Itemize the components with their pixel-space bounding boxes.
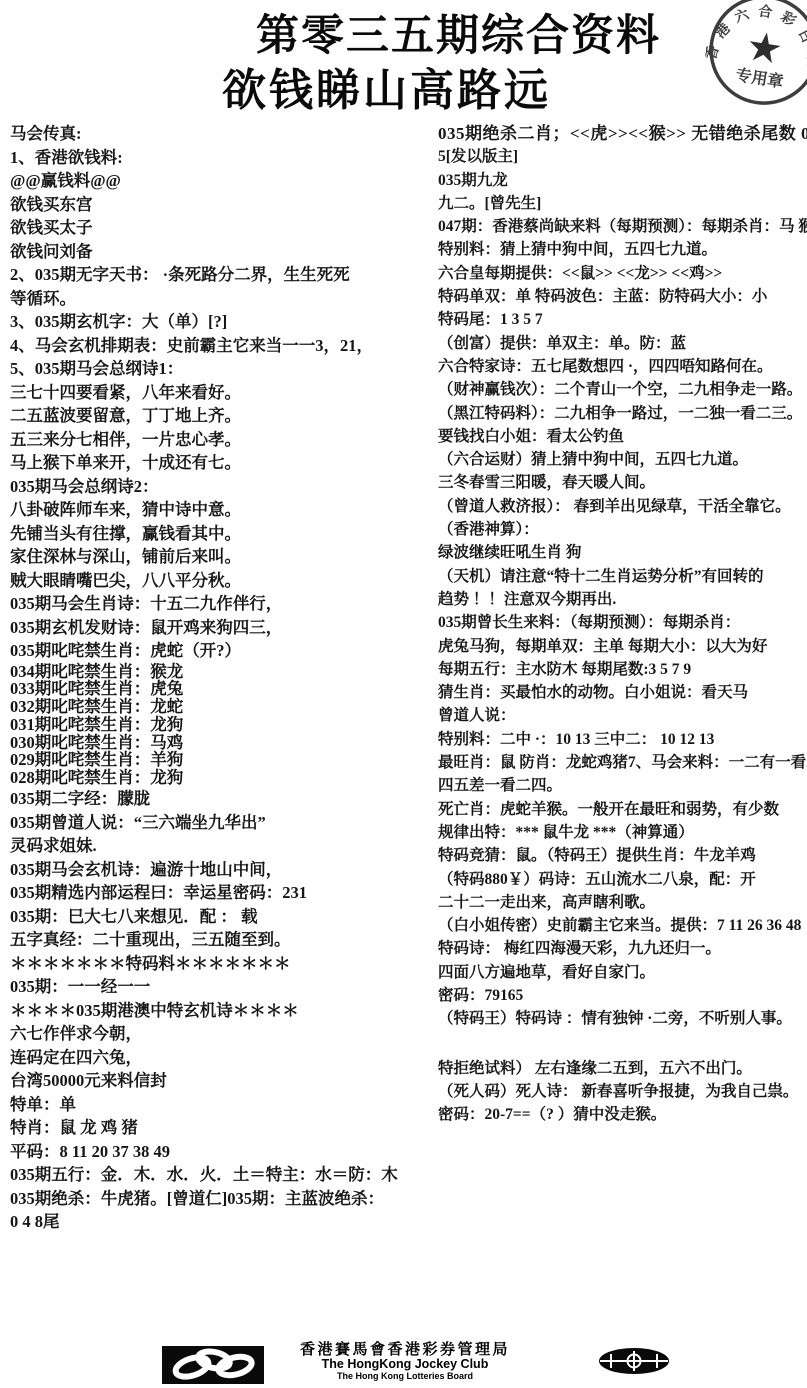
text-line: 特码诗： 梅红四海漫天彩，九九还归一。 — [438, 937, 807, 960]
text-line: 5、035期马会总纲诗1： — [10, 357, 434, 381]
text-line: 029期叱咤禁生肖：羊狗 — [10, 751, 434, 769]
hkjc-horseshoes-icon — [162, 1346, 264, 1384]
text-line: （白小姐传密）史前霸主它来当。提供：7 11 26 36 48 — [438, 914, 807, 937]
scanned-lottery-sheet: { "header": { "title_line1": "第零三五期综合资料"… — [0, 0, 807, 1388]
left-column: 马会传真:1、香港欲钱料:@@赢钱料@@欲钱买东宫欲钱买太子欲钱问刘备2、035… — [10, 122, 434, 1234]
text-line: （天机）请注意“特十二生肖运势分析”有回转的 — [438, 565, 807, 588]
text-line: 密码：20-7==（? ）猜中没走猴。 — [438, 1103, 807, 1126]
text-line: 035期马会生肖诗：十五二九作伴行， — [10, 592, 434, 616]
text-line: 034期叱咤禁生肖：猴龙 — [10, 663, 434, 681]
text-line: 连码定在四六兔， — [10, 1046, 434, 1070]
footer-org-english: The HongKong Jockey Club — [282, 1357, 528, 1371]
text-line: 二十二一走出来，高声瞎利歌。 — [438, 891, 807, 914]
text-line: 035期九龙 — [438, 169, 807, 192]
text-line: 台湾50000元来料信封 — [10, 1069, 434, 1093]
text-line: 特码单双：单 特码波色：主蓝：防特码大小：小 — [438, 285, 807, 308]
text-line: 欲钱问刘备 — [10, 240, 434, 264]
text-line: 八卦破阵师车来，猜中诗中意。 — [10, 498, 434, 522]
text-line: 马上猴下单来开，十成还有七。 — [10, 451, 434, 475]
stamp-seal-icon: 香港六合彩日报社 ★ 专用章 — [684, 0, 807, 132]
text-line: 灵码求姐妹. — [10, 834, 434, 858]
text-line: 031期叱咤禁生肖：龙狗 — [10, 716, 434, 734]
text-line: 5[发以版主] — [438, 145, 807, 168]
text-line: 死亡肖：虎蛇羊猴。一般开在最旺和弱势，有少数 — [438, 798, 807, 821]
text-line: 六合皇每期提供：<<鼠>> <<龙>> <<鸡>> — [438, 262, 807, 285]
text-line: 家住深林与深山，铺前后来叫。 — [10, 545, 434, 569]
text-line: 欲钱买东宫 — [10, 193, 434, 217]
footer: 香港賽馬會香港彩券管理局 The HongKong Jockey Club Th… — [0, 1336, 807, 1388]
text-line: 1、香港欲钱料: — [10, 146, 434, 170]
text-line: 3、035期玄机字：大（单）[?] — [10, 310, 434, 334]
right-column: 035期绝杀二肖；<<虎>><<猴>> 无错绝杀尾数 0 25[发以版主]035… — [438, 122, 807, 1126]
text-line: 035期二字经：朦胧 — [10, 787, 434, 811]
text-line: 035期：一一经一一 — [10, 975, 434, 999]
text-line: 趋势 ！！注意双今期再出. — [438, 588, 807, 611]
text-line: 猜生肖：买最怕水的动物。白小姐说：看天马 — [438, 681, 807, 704]
footer-org-chinese: 香港賽馬會香港彩券管理局 — [282, 1338, 528, 1359]
oval-seal-icon — [598, 1347, 670, 1375]
text-line: （死人码）死人诗： 新春喜听争报捷，为我自己祟。 — [438, 1080, 807, 1103]
text-line: 047期：香港蔡尚缺来料（每期预测）：每期杀肖：马 猴 — [438, 215, 807, 238]
text-line: （黑江特码料）：二九相争一路过，一二独一看二三。 — [438, 402, 807, 425]
text-line: （特码王）特码诗 ：情有独钟 ·二旁，不听别人事。 — [438, 1007, 807, 1030]
approval-stamp: 香港六合彩日报社 ★ 专用章 — [684, 0, 807, 132]
left-block-a: 马会传真:1、香港欲钱料:@@赢钱料@@欲钱买东宫欲钱买太子欲钱问刘备2、035… — [10, 122, 434, 663]
text-line: 特别料：猜上猜中狗中间，五四七九道。 — [438, 238, 807, 261]
text-line: 平码：8 11 20 37 38 49 — [10, 1140, 434, 1164]
right-block-b: 特拒绝试料） 左右逢缘二五到，五六不出门。（死人码）死人诗： 新春喜听争报捷，为… — [438, 1057, 807, 1127]
text-line: 035期马会玄机诗：遍游十地山中间， — [10, 858, 434, 882]
text-line: 三七十四要看紧，八年来看好。 — [10, 381, 434, 405]
text-line: 0 4 8尾 — [10, 1210, 434, 1234]
text-line: 欲钱买太子 — [10, 216, 434, 240]
text-line: 035期叱咤禁生肖：虎蛇（开?） — [10, 639, 434, 663]
text-line: 035期精选内部运程曰：幸运星密码：231 — [10, 881, 434, 905]
star-icon: ★ — [745, 26, 783, 71]
text-line: 035期绝杀二肖；<<虎>><<猴>> 无错绝杀尾数 0 2 — [438, 122, 807, 145]
text-line: 五字真经：二十重现出，三五随至到。 — [10, 928, 434, 952]
text-line: 035期绝杀：牛虎猪。[曾道仁]035期：主蓝波绝杀： — [10, 1187, 434, 1211]
text-line: 密码：79165 — [438, 984, 807, 1007]
text-line: 每期五行：主水防木 每期尾数:3 5 7 9 — [438, 658, 807, 681]
text-line: 035期：巳大七八来想见．配 ： 载 — [10, 905, 434, 929]
text-line: 五三来分七相伴，一片忠心孝。 — [10, 428, 434, 452]
hkjc-logo — [162, 1346, 264, 1388]
text-line: 特码竞猜：鼠。（特码王）提供生肖：牛龙羊鸡 — [438, 844, 807, 867]
text-line: （香港神算）： — [438, 518, 807, 541]
text-line: 035期玄机发财诗：鼠开鸡来狗四三， — [10, 616, 434, 640]
svg-text:香港六合彩日报社: 香港六合彩日报社 — [684, 0, 807, 78]
text-line: 虎兔马狗，每期单双：主单 每期大小：以大为好 — [438, 635, 807, 658]
text-line: （创富）提供：单双主：单。防：蓝 — [438, 332, 807, 355]
text-line: 特码尾：1 3 5 7 — [438, 308, 807, 331]
text-line: 要钱找白小姐：看太公钓鱼 — [438, 425, 807, 448]
text-line: 最旺肖：鼠 防肖：龙蛇鸡猪7、马会来料：一二有一看二 — [438, 751, 807, 774]
text-line: （财神赢钱次）：二个青山一个空，二九相争走一路。 — [438, 378, 807, 401]
text-line: 贼大眼睛嘴巴尖，八八平分秋。 — [10, 569, 434, 593]
text-line: 035期马会总纲诗2： — [10, 475, 434, 499]
footer-text: 香港賽馬會香港彩券管理局 The HongKong Jockey Club Th… — [282, 1338, 528, 1381]
stamp-ring-text: 香港六合彩日报社 — [684, 0, 807, 78]
text-line: （六合运财）猜上猜中狗中间，五四七九道。 — [438, 448, 807, 471]
text-line: 六七作伴求今朝， — [10, 1022, 434, 1046]
text-line: 特拒绝试料） 左右逢缘二五到，五六不出门。 — [438, 1057, 807, 1080]
left-block-c: 035期二字经：朦胧035期曾道人说：“三六端坐九华出”灵码求姐妹.035期马会… — [10, 787, 434, 1234]
text-line: 规律出特：*** 鼠牛龙 ***（神算通） — [438, 821, 807, 844]
text-line: 四面八方遍地草，看好自家门。 — [438, 961, 807, 984]
text-line: 4、马会玄机排期表：史前霸主它来当一一3，21， — [10, 334, 434, 358]
text-line: 035期五行：金．木．水．火．土＝特主：水＝防：木 — [10, 1163, 434, 1187]
right-column-gap — [438, 1031, 807, 1057]
text-line: 2、035期无字天书： ·条死路分二界，生生死死 — [10, 263, 434, 287]
footer-org-english-sub: The Hong Kong Lotteries Board — [282, 1371, 528, 1381]
text-line: 特肖：鼠 龙 鸡 猪 — [10, 1116, 434, 1140]
text-line: 特单：单 — [10, 1093, 434, 1117]
text-line: 曾道人说： — [438, 704, 807, 727]
text-line: 绿波继续旺吼生肖 狗 — [438, 541, 807, 564]
text-line: ＊＊＊＊＊＊＊特码料＊＊＊＊＊＊＊ — [10, 952, 434, 976]
left-block-b: 034期叱咤禁生肖：猴龙033期叱咤禁生肖：虎兔032期叱咤禁生肖：龙蛇031期… — [10, 663, 434, 788]
text-line: 035期曾长生来料：（每期预测）：每期杀肖： — [438, 611, 807, 634]
text-line: 030期叱咤禁生肖：马鸡 — [10, 734, 434, 752]
text-line: 九二。[曾先生] — [438, 192, 807, 215]
page-title-line2: 欲钱睇山高路远 — [222, 54, 551, 118]
text-line: 六合特家诗：五七尾数想四 ·，四四唔知路何在。 — [438, 355, 807, 378]
text-line: 032期叱咤禁生肖：龙蛇 — [10, 698, 434, 716]
text-line: （曾道人救济报）： 春到羊出见绿草，干活全靠它。 — [438, 495, 807, 518]
lotteries-board-seal — [598, 1347, 670, 1380]
text-line: 先铺当头有往撑，赢钱看其中。 — [10, 522, 434, 546]
text-line: 马会传真: — [10, 122, 434, 146]
text-line: @@赢钱料@@ — [10, 169, 434, 193]
text-line: （特码880￥）码诗：五山流水二八泉，配：开 — [438, 868, 807, 891]
right-block-a: 035期绝杀二肖；<<虎>><<猴>> 无错绝杀尾数 0 25[发以版主]035… — [438, 122, 807, 1031]
text-line: 028期叱咤禁生肖：龙狗 — [10, 769, 434, 787]
text-line: ＊＊＊＊035期港澳中特玄机诗＊＊＊＊ — [10, 999, 434, 1023]
text-line: 四五差一看二四。 — [438, 774, 807, 797]
text-line: 035期曾道人说：“三六端坐九华出” — [10, 811, 434, 835]
text-line: 二五蓝波要留意，丁丁地上齐。 — [10, 404, 434, 428]
text-line: 033期叱咤禁生肖：虎兔 — [10, 680, 434, 698]
text-line: 等循环。 — [10, 287, 434, 311]
text-line: 三冬春雪三阳暖，春天暖人间。 — [438, 471, 807, 494]
text-line: 特别料：二中 ·：10 13 三中二： 10 12 13 — [438, 728, 807, 751]
